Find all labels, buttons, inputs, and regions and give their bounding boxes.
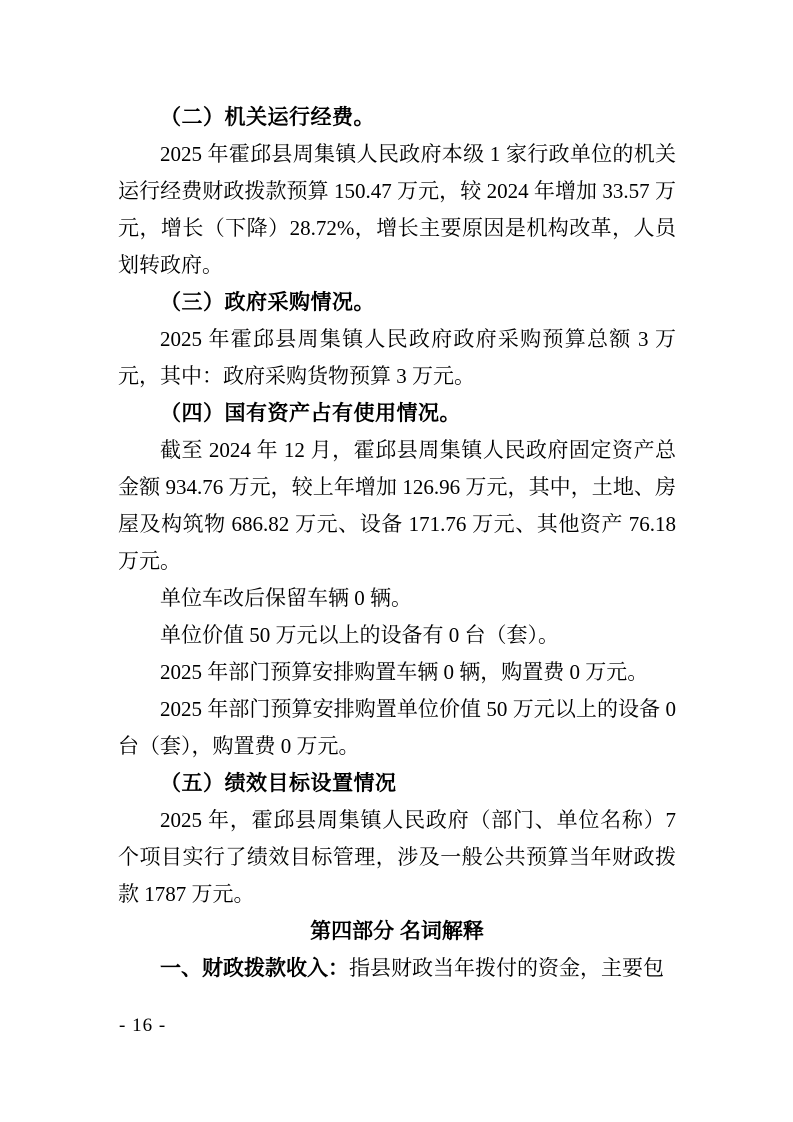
para-org-operation-expense: 2025 年霍邱县周集镇人民政府本级 1 家行政单位的机关运行经费财政拨款预算 … xyxy=(118,136,676,284)
document-content: （二）机关运行经费。 2025 年霍邱县周集镇人民政府本级 1 家行政单位的机关… xyxy=(118,99,676,987)
heading-gov-procurement: （三）政府采购情况。 xyxy=(118,284,676,321)
heading-org-operation-expense: （二）机关运行经费。 xyxy=(118,99,676,136)
heading-performance-targets: （五）绩效目标设置情况 xyxy=(118,765,676,802)
definition-term-label: 一、财政拨款收入： xyxy=(160,957,349,980)
para-equipment-over-50: 单位价值 50 万元以上的设备有 0 台（套）。 xyxy=(118,617,676,654)
para-retained-vehicles: 单位车改后保留车辆 0 辆。 xyxy=(118,580,676,617)
document-page: （二）机关运行经费。 2025 年霍邱县周集镇人民政府本级 1 家行政单位的机关… xyxy=(0,0,793,1122)
para-performance-targets: 2025 年，霍邱县周集镇人民政府（部门、单位名称）7 个项目实行了绩效目标管理… xyxy=(118,802,676,913)
para-state-assets: 截至 2024 年 12 月，霍邱县周集镇人民政府固定资产总金额 934.76 … xyxy=(118,432,676,580)
para-gov-procurement: 2025 年霍邱县周集镇人民政府政府采购预算总额 3 万元，其中：政府采购货物预… xyxy=(118,321,676,395)
definition-term-text: 指县财政当年拨付的资金，主要包 xyxy=(349,956,664,980)
para-equipment-purchase-2025: 2025 年部门预算安排购置单位价值 50 万元以上的设备 0 台（套），购置费… xyxy=(118,691,676,765)
page-number: - 16 - xyxy=(119,1015,166,1037)
heading-state-assets: （四）国有资产占有使用情况。 xyxy=(118,395,676,432)
para-vehicle-purchase-2025: 2025 年部门预算安排购置车辆 0 辆，购置费 0 万元。 xyxy=(118,654,676,691)
para-definition-fiscal-appropriation: 一、财政拨款收入：指县财政当年拨付的资金，主要包 xyxy=(118,950,676,987)
part-four-title: 第四部分 名词解释 xyxy=(118,913,676,950)
